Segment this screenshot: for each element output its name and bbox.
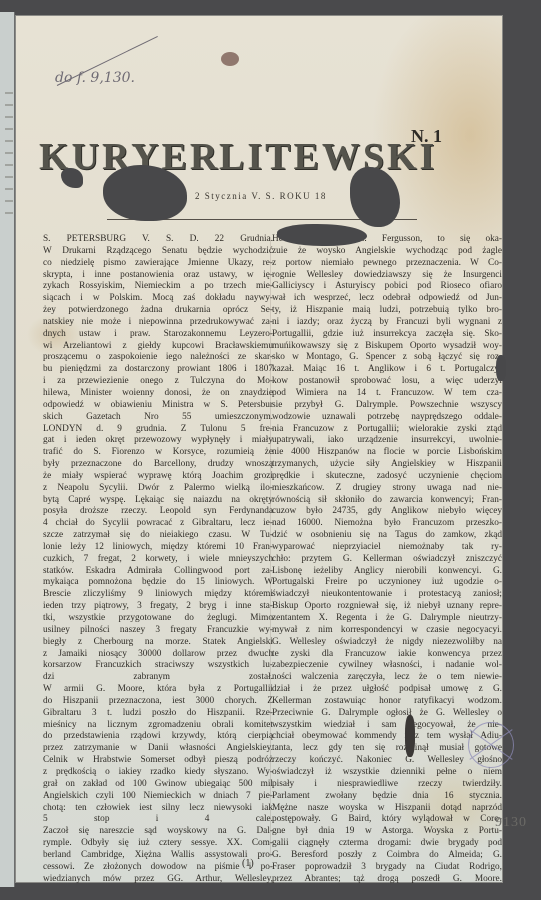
- text-line: Gibraltaru 3 t. ludzi poszło do Hiszpani…: [43, 708, 273, 720]
- text-line: mywał z nim korrespondencyi w czasie neg…: [272, 625, 502, 637]
- text-line: Angielskich czyli 100 Niemieckich w dnia…: [43, 791, 273, 803]
- text-line: upatrywali, iako urządzenie insurrekcyi,…: [272, 435, 502, 447]
- text-line: sie przybył G. Dalrymple. Powszechnie ws…: [272, 400, 502, 412]
- inventory-number: 9130: [495, 815, 527, 831]
- text-line: Portugallii, gdzie iuż insurrekcya zaczę…: [272, 329, 502, 341]
- text-line: Przeciwnie G. Dalrymple ogłosił że G. We…: [272, 708, 502, 720]
- article-column-right: Hew Dalrymple ... Fergusson, to się oka-…: [272, 234, 502, 885]
- text-line: te zyski dla Francuzow iakie konwencya p…: [272, 649, 502, 661]
- text-line: trzymanych, użycie siły Angielskiey w Hi…: [272, 459, 502, 471]
- text-line: kazał. Maiąc 16 t. Anglikow i 6 t. Portu…: [272, 364, 502, 376]
- page-number: (1): [242, 858, 254, 869]
- dateline: 2 Stycznia V. S. ROKU 18: [195, 191, 327, 201]
- text-line: prędkie i skuteczne, zadosyć uczynienie …: [272, 471, 502, 483]
- text-line: chło: przytem G. Kellerman oświadczył zn…: [272, 554, 502, 566]
- article-column-left: S. PETERSBURG V. S. D. 22 Grudnia.W Druk…: [43, 234, 273, 885]
- text-line: mieszkańcow. Z drugiey strony uwaga nad …: [272, 483, 502, 495]
- text-line: do przedstawienia rządowi krzywdy, którą…: [43, 731, 273, 743]
- text-line: rognie Wellesley dowiedziawszy się że In…: [272, 270, 502, 282]
- text-line: pisały i niesprawiedliwe rzeczy twierdzi…: [272, 779, 502, 791]
- text-line: nad 16000. Niemożna było Francuzom przes…: [272, 518, 502, 530]
- text-line: przez Abrantes; tąż drogą poszedł G. Moo…: [272, 874, 502, 886]
- text-line: korsarzow Francuzkich straciwszy wszystk…: [43, 660, 273, 672]
- text-line: szcze zatrzymał się do nieiakiego czasu.…: [43, 530, 273, 542]
- text-line: grał on zakład od 100 Gwinow ubiegaiąc 5…: [43, 779, 273, 791]
- text-line: cuzow było 24735, gdy Anglikow niebyło w…: [272, 506, 502, 518]
- text-line: wiedzianych mów przez GG. Arthur, Welles…: [43, 874, 273, 886]
- text-line: Celnik w Hrabstwie Somerset odbył pieszą…: [43, 755, 273, 767]
- text-line: z Jamaiki niosący 30000 dollarow przez d…: [43, 649, 273, 661]
- text-line: nie 4000 Hiszpanów na flocie w porcie Li…: [272, 447, 502, 459]
- adjacent-page-text: [5, 92, 13, 94]
- text-line: berland Cambridge, Xiężna Wallis assysto…: [43, 850, 273, 862]
- paper-damage-hole: [277, 224, 367, 246]
- text-line: nia Francuzow z Portugallii; wielorakie …: [272, 424, 502, 436]
- text-line: statków. Eskadra Admirała Collingwood po…: [43, 566, 273, 578]
- text-line: LONDYN d. 9 grudnia. Z Tulonu 5 fre-: [43, 424, 273, 436]
- text-line: tki, wszystkie przygotowane do żeglugi. …: [43, 613, 273, 625]
- text-line: proszącemu o zaspokoienie iego należnośc…: [43, 352, 273, 364]
- paper-damage-hole: [405, 715, 415, 757]
- library-stamp-icon: [468, 722, 514, 768]
- text-line: wszystkim wiedział i sam negocyował, że …: [272, 720, 502, 732]
- text-line: Mężne nasze woyska w Hiszpanii dotąd nap…: [272, 803, 502, 815]
- adjacent-page-text: [5, 164, 13, 166]
- text-line: wyparować nieprzyiaciel niemożnaby tak r…: [272, 542, 502, 554]
- text-line: S. PETERSBURG V. S. D. 22 Grudnia.: [43, 234, 273, 246]
- text-line: przez zatrzymanie w Danii własności Angi…: [43, 743, 273, 755]
- text-line: bu pieniędzmi za dostarczony prowiant 18…: [43, 364, 273, 376]
- text-line: natskiey nie może i niepowinna przedruko…: [43, 317, 273, 329]
- adjacent-page-text: [5, 212, 13, 214]
- text-line: gat i ieden okręt przewozowy wypłynęły i…: [43, 435, 273, 447]
- text-line: Biskup Oporto rozgniewał się, iż niebył …: [272, 601, 502, 613]
- text-line: cessowi. Ze złożonych dowodow na piśmie …: [43, 862, 273, 874]
- text-line: rymple. Odbyły się iuż cztery sessye. XX…: [43, 838, 273, 850]
- text-line: biegły z Cherbourg na morze. Statek Angi…: [43, 637, 273, 649]
- text-line: trafić do S. Fiorenzo w Korsyce, rozumie…: [43, 447, 273, 459]
- text-line: G. Wellesley oświadczył że nigdy niezezw…: [272, 637, 502, 649]
- text-line: Lisbonę ieżeliby Anglicy nierobili konwe…: [272, 566, 502, 578]
- text-line: ty, iż Hiszpanie maią ludzi, potrzebuią …: [272, 305, 502, 317]
- text-line: pod Wimiera na 14 t. Francuzow. W tem cz…: [272, 388, 502, 400]
- text-line: z Neapolu Sycylii. Dwór z Palermo wielką…: [43, 483, 273, 495]
- text-line: hilewa, Minister woienny donosi, że on z…: [43, 388, 273, 400]
- text-line: były przeznaczone do Barcellony, drudzy …: [43, 459, 273, 471]
- text-line: zykach Rossyiskim, Niemieckim a po trzec…: [43, 281, 273, 293]
- text-line: ieden trzy piątrowy, 3 fregaty, 2 bryg i…: [43, 601, 273, 613]
- text-line: posyła droższe rzeczy. Leopold syn Ferdy…: [43, 506, 273, 518]
- text-line: mieśnicy na licznym zgromadzeniu obrali …: [43, 720, 273, 732]
- adjacent-page-text: [5, 128, 13, 130]
- text-line: zentantem X. Regenta i że G. Dalrymple n…: [272, 613, 502, 625]
- text-line: 4 chciał do Sycylii powracać z Gibraltar…: [43, 518, 273, 530]
- text-line: muńikowawszy się z Biskupem Oporto wysad…: [272, 341, 502, 353]
- text-line: cuzkich, 7 fregat, 2 korwety, i wiele mn…: [43, 554, 273, 566]
- text-line: do Hiszpanii przeznaczona, iest 3000 cho…: [43, 696, 273, 708]
- adjacent-page-text: [5, 104, 13, 106]
- masthead-word-2: LITEWSKI: [219, 135, 437, 179]
- adjacent-page-text: [5, 188, 13, 190]
- text-line: sko w Montago, G. Spencer z sobą łączyć …: [272, 352, 502, 364]
- text-line: z portow niemiało pewnego przeznaczenia.…: [272, 258, 502, 270]
- issue-number: N. 1: [411, 126, 442, 147]
- text-line: Zaczoł się nareszcie sąd woyskowy na G. …: [43, 826, 273, 838]
- text-line: Brescie zliczyliśmy 9 liniowych między k…: [43, 589, 273, 601]
- text-line: że miały wspierać wyprawę którą Joachim …: [43, 471, 273, 483]
- text-line: G. Beresford poszły z Coimbra do Almeida…: [272, 850, 502, 862]
- text-line: wał ich wesprzeć, lecz odebrał odpowiedź…: [272, 293, 502, 305]
- ink-stain: [221, 52, 239, 66]
- text-line: kow postanowił sprobować losu, a więc ud…: [272, 376, 502, 388]
- text-line: dnych ustaw i praw. Starozakonnemu Leyze…: [43, 329, 273, 341]
- text-line: W Drukarni Rządzącego Senatu będzie wych…: [43, 246, 273, 258]
- text-line: oświadczył iż wszystkie dzienniki pełne …: [272, 767, 502, 779]
- text-line: zabezpieczenie cywilney własności, i nad…: [272, 660, 502, 672]
- text-line: Portugalski Freire po uczynioney iuż ugo…: [272, 577, 502, 589]
- text-line: Fraser poprowadził 3 brygady na Ciudat R…: [272, 862, 502, 874]
- text-line: lonie leży 12 liniowych, między któremi …: [43, 542, 273, 554]
- adjacent-page-text: [5, 140, 13, 142]
- text-line: i za przewiezienie onego z Tulczyna do M…: [43, 376, 273, 388]
- text-line: usilney pilności naszey 3 fregaty Francu…: [43, 625, 273, 637]
- text-line: galii ciągnęły czterma drogami: dwie bry…: [272, 838, 502, 850]
- text-line: siącach i w Polskim. Mocą zaś dokładu na…: [43, 293, 273, 305]
- adjacent-page-text: [5, 176, 13, 178]
- text-line: zuie że woysko Angielskie wychodząc pod …: [272, 246, 502, 258]
- text-line: wi Arzeliantowi z giełdy kupcowi Bracław…: [43, 341, 273, 353]
- text-line: postępowały. G Baird, który wylądował w …: [272, 814, 502, 826]
- text-line: dzić w osobnieniu się na Tagus do zamkow…: [272, 530, 502, 542]
- text-line: rzeczy kończyć. Nakoniec G. Wellesley gł…: [272, 755, 502, 767]
- text-line: Parlament zwołany będzie dnia 16 styczni…: [272, 791, 502, 803]
- text-line: równością sił skłoniło do zawarcia konwe…: [272, 495, 502, 507]
- text-line: bytą Capré wyspę. Lękaiąc się naiazdu na…: [43, 495, 273, 507]
- text-line: chotą: ten człowiek iest silny lecz niew…: [43, 803, 273, 815]
- paper-damage-hole: [496, 355, 506, 381]
- text-line: gne był dnia 19 w Astorga. Woyska z Port…: [272, 826, 502, 838]
- adjacent-page-text: [5, 116, 13, 118]
- adjacent-page-text: [5, 200, 13, 202]
- text-line: co niedzielę pismo zawierające Jmienne U…: [43, 258, 273, 270]
- text-line: Galliciyscy i Asturyiscy pobici pod Rios…: [272, 281, 502, 293]
- adjacent-page-edge: [0, 12, 15, 887]
- text-line: świadczył nieukontentowanie i protestacy…: [272, 589, 502, 601]
- text-line: odpowiedź w obiawieniu Ministra w S. Pet…: [43, 400, 273, 412]
- text-line: skrypta, i inne postanowienia oraz ustaw…: [43, 270, 273, 282]
- paper-damage-hole: [61, 168, 83, 188]
- text-line: Kellerman zostawuiąc honor ratyfikacyi w…: [272, 696, 502, 708]
- text-line: ności walczenia zaręczyła, lecz że o tem…: [272, 672, 502, 684]
- text-line: W armii G. Moore, która była z Portugall…: [43, 684, 273, 696]
- text-line: mykaiąca pomnożona będzie do 15 liniowyc…: [43, 577, 273, 589]
- text-line: wodzowie uznawali potrzebę nayprędszego …: [272, 412, 502, 424]
- handwritten-note: do f. 9,130.: [55, 70, 135, 86]
- text-line: 5 stop i 4 cale.: [43, 814, 273, 826]
- text-line: dzi zabranym został.: [43, 672, 273, 684]
- text-line: z prędkością o iakiey rzadko kiedy słysz…: [43, 767, 273, 779]
- text-line: dział i że przez ułgłość podpisał umowę …: [272, 684, 502, 696]
- text-line: skich Gazetach Nro 55 umieszczonym.: [43, 412, 273, 424]
- newspaper-page: do f. 9,130. KURYER LITEWSKI N. 1 2 Styc…: [15, 15, 503, 883]
- adjacent-page-text: [5, 152, 13, 154]
- text-line: żey potwierdzonego żadna drukarnia opróc…: [43, 305, 273, 317]
- text-line: ni i iazdy; oraz życzą by Francuzi byli …: [272, 317, 502, 329]
